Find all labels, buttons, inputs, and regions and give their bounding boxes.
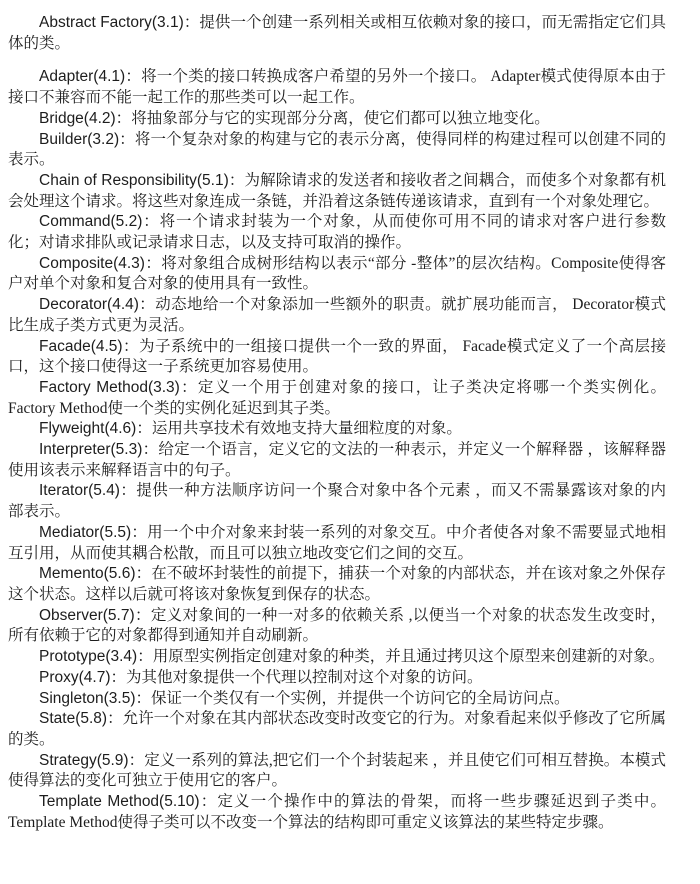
pattern-name: Adapter(4.1)： [39,68,141,85]
pattern-entry-interpreter: Interpreter(5.3)：给定一个语言，定义它的文法的一种表示，并定义一… [8,440,666,481]
pattern-description: 将抽象部分与它的实现部分分离，使它们都可以独立地变化。 [131,110,550,127]
pattern-entry-chain-of-responsibility: Chain of Responsibility(5.1)：为解除请求的发送者和接… [8,171,666,212]
pattern-entry-prototype: Prototype(3.4)：用原型实例指定创建对象的种类，并且通过拷贝这个原型… [8,647,666,668]
pattern-name: Memento(5.6)： [39,565,151,582]
pattern-description: 运用共享技术有效地支持大量细粒度的对象。 [152,420,462,437]
pattern-name: Decorator(4.4)： [39,296,155,313]
pattern-name: Facade(4.5)： [39,338,139,355]
pattern-entry-command: Command(5.2)：将一个请求封装为一个对象，从而使你可用不同的请求对客户… [8,212,666,253]
pattern-entry-facade: Facade(4.5)：为子系统中的一组接口提供一个一致的界面， Facade模… [8,337,666,378]
pattern-entry-adapter: Adapter(4.1)：将一个类的接口转换成客户希望的另外一个接口。 Adap… [8,67,666,108]
pattern-entry-observer: Observer(5.7)：定义对象间的一种一对多的依赖关系 ,以便当一个对象的… [8,606,666,647]
document-page: Abstract Factory(3.1)：提供一个创建一系列相关或相互依赖对象… [0,0,700,884]
pattern-entry-iterator: Iterator(5.4)：提供一种方法顺序访问一个聚合对象中各个元素 ，而又不… [8,481,666,522]
pattern-name: Bridge(4.2)： [39,110,131,127]
pattern-entry-abstract-factory: Abstract Factory(3.1)：提供一个创建一系列相关或相互依赖对象… [8,13,666,54]
pattern-entry-builder: Builder(3.2)：将一个复杂对象的构建与它的表示分离，使得同样的构建过程… [8,130,666,171]
pattern-entry-decorator: Decorator(4.4)：动态地给一个对象添加一些额外的职责。就扩展功能而言… [8,295,666,336]
pattern-entry-flyweight: Flyweight(4.6)：运用共享技术有效地支持大量细粒度的对象。 [8,419,666,440]
pattern-description: 保证一个类仅有一个实例，并提供一个访问它的全局访问点。 [151,690,570,707]
pattern-entry-proxy: Proxy(4.7)：为其他对象提供一个代理以控制对这个对象的访问。 [8,668,666,689]
pattern-description: 用原型实例指定创建对象的种类，并且通过拷贝这个原型来创建新的对象。 [153,648,665,665]
pattern-name: Iterator(5.4)： [39,482,136,499]
pattern-name: Chain of Responsibility(5.1)： [39,172,245,189]
pattern-name: Mediator(5.5)： [39,524,147,541]
pattern-name: Strategy(5.9)： [39,752,144,769]
pattern-name: Observer(5.7)： [39,607,151,624]
pattern-name: State(5.8)： [39,710,123,727]
pattern-name: Abstract Factory(3.1)： [39,14,199,31]
pattern-entry-state: State(5.8)：允许一个对象在其内部状态改变时改变它的行为。对象看起来似乎… [8,709,666,750]
pattern-name: Interpreter(5.3)： [39,441,158,458]
pattern-name: Composite(4.3)： [39,255,161,272]
pattern-entry-template-method: Template Method(5.10)：定义一个操作中的算法的骨架，而将一些… [8,792,666,833]
pattern-entry-factory-method: Factory Method(3.3)：定义一个用于创建对象的接口，让子类决定将… [8,378,666,419]
pattern-name: Builder(3.2)： [39,131,135,148]
pattern-entry-composite: Composite(4.3)：将对象组合成树形结构以表示“部分 -整体”的层次结… [8,254,666,295]
pattern-name: Template Method(5.10)： [39,793,217,810]
pattern-entry-mediator: Mediator(5.5)：用一个中介对象来封装一系列的对象交互。中介者使各对象… [8,523,666,564]
pattern-name: Command(5.2)： [39,213,160,230]
pattern-name: Singleton(3.5)： [39,690,151,707]
pattern-name: Factory Method(3.3)： [39,379,198,396]
pattern-entry-strategy: Strategy(5.9)：定义一系列的算法,把它们一个个封装起来 ，并且使它们… [8,751,666,792]
pattern-description: 为其他对象提供一个代理以控制对这个对象的访问。 [126,669,483,686]
pattern-name: Prototype(3.4)： [39,648,153,665]
pattern-entry-memento: Memento(5.6)：在不破坏封装性的前提下，捕获一个对象的内部状态，并在该… [8,564,666,605]
pattern-name: Proxy(4.7)： [39,669,126,686]
pattern-name: Flyweight(4.6)： [39,420,152,437]
pattern-entry-singleton: Singleton(3.5)：保证一个类仅有一个实例，并提供一个访问它的全局访问… [8,689,666,710]
pattern-entry-bridge: Bridge(4.2)：将抽象部分与它的实现部分分离，使它们都可以独立地变化。 [8,109,666,130]
